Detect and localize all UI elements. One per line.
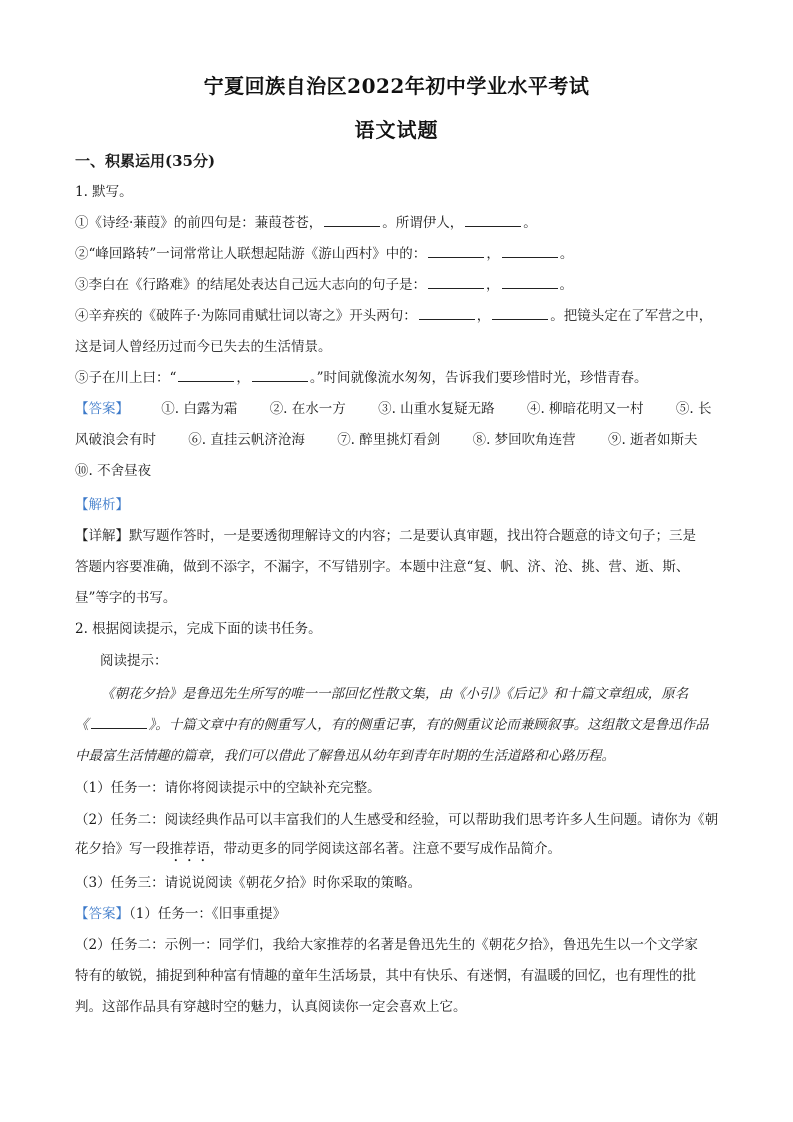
- q1-item-3-mid: ，: [486, 277, 500, 293]
- answer-item: ③. 山重水复疑无路: [378, 400, 495, 418]
- q1-item-5-pre: ⑤子在川上曰：“: [75, 370, 176, 386]
- q1-answers-line-3: ⑩. 不舍昼夜: [75, 462, 725, 480]
- q2-answer-2-line-2: 特有的敏锐，捕捉到种种富有情趣的童年生活场景，其中有快乐、有迷惘，有温暖的回忆，…: [75, 967, 725, 985]
- answer-item: ⑩. 不舍昼夜: [75, 463, 151, 479]
- answer-item: ①. 白露为霜: [161, 400, 237, 418]
- task-2-emphasis: 推荐语: [170, 841, 211, 857]
- q2-answer-2-line-3: 判。这部作品具有穿越时空的魅力，认真阅读你一定会喜欢上它。: [75, 998, 725, 1016]
- q1-item-1: ①《诗经·蒹葭》的前四句是：蒹葭苍苍，。所谓伊人，。: [75, 214, 725, 232]
- q1-item-2-mid: ，: [486, 246, 500, 262]
- reading-hint-label: 阅读提示：: [100, 652, 750, 670]
- answer-1-text: （1）任务一：《旧事重提》: [129, 906, 286, 922]
- detail-line-1: 【详解】默写题作答时，一是要透彻理解诗文的内容；二是要认真审题，找出符合题意的诗…: [75, 527, 725, 545]
- answer-blank: [502, 245, 558, 258]
- q1-item-2: ②“峰回路转”一词常常让人联想起陆游《游山西村》中的：，。: [75, 245, 725, 263]
- hint-line-2-post: 》。十篇文章中有的侧重写人，有的侧重记事，有的侧重议论而兼顾叙事。这组散文是鲁迅…: [149, 717, 709, 733]
- q1-item-1-post: 。: [523, 215, 537, 231]
- exam-title: 宁夏回族自治区2022年初中学业水平考试: [0, 70, 793, 99]
- answer-item: ⑨. 逝者如斯夫: [608, 432, 698, 448]
- q1-item-2-pre: ②“峰回路转”一词常常让人联想起陆游《游山西村》中的：: [75, 246, 426, 262]
- q1-item-5: ⑤子在川上曰：“，。”时间就像流水匆匆，告诉我们要珍惜时光，珍惜青春。: [75, 369, 725, 387]
- task-2-post: ，带动更多的同学阅读这部名著。注意不要写成作品简介。: [210, 841, 561, 857]
- detail-line-2: 答题内容要准确，做到不添字，不漏字，不写错别字。本题中注意“复、帆、济、沧、挑、…: [75, 558, 725, 576]
- answer-blank: [324, 214, 380, 227]
- detail-line-3: 昼”等字的书写。: [75, 589, 725, 607]
- q1-answers-line-2: 风破浪会有时 ⑥. 直挂云帆济沧海 ⑦. 醉里挑灯看剑 ⑧. 梦回吹角连营 ⑨.…: [75, 431, 725, 449]
- q1-item-4-mid: ，: [477, 308, 491, 324]
- q2-answer-2-line-1: （2）任务二：示例一：同学们，我给大家推荐的名著是鲁迅先生的《朝花夕拾》，鲁迅先…: [75, 936, 725, 954]
- analysis-label: 【解析】: [75, 496, 725, 514]
- q1-item-3-pre: ③李白在《行路难》的结尾处表达自己远大志向的句子是：: [75, 277, 426, 293]
- answer-blank: [428, 276, 484, 289]
- answer-blank: [492, 307, 548, 320]
- section-heading: 一、积累运用(35分): [75, 152, 725, 170]
- answer-blank: [419, 307, 475, 320]
- answer-item: ⑦. 醉里挑灯看剑: [337, 431, 440, 449]
- answer-blank: [178, 369, 234, 382]
- task-2-line-1: （2）任务二：阅读经典作品可以丰富我们的人生感受和经验，可以帮助我们思考许多人生…: [75, 811, 725, 829]
- answer-blank: [252, 369, 308, 382]
- q2-answer-1: 【答案】（1）任务一：《旧事重提》: [75, 905, 725, 923]
- q1-item-1-mid: 。所谓伊人，: [382, 215, 463, 231]
- hint-line-2-pre: 《: [75, 717, 89, 733]
- q1-item-5-mid: ，: [236, 370, 250, 386]
- answer-blank: [502, 276, 558, 289]
- answer-label: 【答案】: [75, 906, 129, 922]
- q1-answers-line-1: 【答案】 ①. 白露为霜 ②. 在水一方 ③. 山重水复疑无路 ④. 柳暗花明又…: [75, 400, 725, 418]
- q1-item-1-pre: ①《诗经·蒹葭》的前四句是：蒹葭苍苍，: [75, 215, 322, 231]
- answer-item: ⑧. 梦回吹角连营: [473, 431, 576, 449]
- q1-item-4-pre: ④辛弃疾的《破阵子·为陈同甫赋壮词以寄之》开头两句：: [75, 308, 417, 324]
- q1-item-4: ④辛弃疾的《破阵子·为陈同甫赋壮词以寄之》开头两句：，。把镜头定在了军营之中，: [75, 307, 725, 325]
- reading-hint-line-1: 《朝花夕拾》是鲁迅先生所写的唯一一部回忆性散文集，由《小引》《后记》和十篇文章组…: [101, 685, 751, 703]
- task-2-pre: 花夕拾》写一段: [75, 841, 170, 857]
- q1-item-4-cont: 这是词人曾经历过而今已失去的生活情景。: [75, 338, 725, 356]
- document-page: 宁夏回族自治区2022年初中学业水平考试 语文试题 一、积累运用(35分) 1.…: [0, 0, 793, 1122]
- task-3: （3）任务三：请说说阅读《朝花夕拾》时你采取的策略。: [75, 874, 725, 892]
- question-1-stem: 1. 默写。: [75, 183, 725, 201]
- q1-item-3: ③李白在《行路难》的结尾处表达自己远大志向的句子是：，。: [75, 276, 725, 294]
- question-2-stem: 2. 根据阅读提示，完成下面的读书任务。: [75, 620, 725, 638]
- answer-blank: [428, 245, 484, 258]
- answer-label: 【答案】: [75, 400, 129, 418]
- answer-blank: [91, 716, 147, 729]
- answer-item: 风破浪会有时: [75, 431, 156, 449]
- task-2-line-2: 花夕拾》写一段推荐语，带动更多的同学阅读这部名著。注意不要写成作品简介。: [75, 840, 725, 865]
- task-1: （1）任务一：请你将阅读提示中的空缺补充完整。: [75, 779, 725, 797]
- answer-item: ②. 在水一方: [270, 400, 346, 418]
- exam-subtitle: 语文试题: [0, 114, 793, 143]
- answer-item: ⑤. 长: [676, 401, 712, 417]
- q1-item-2-post: 。: [560, 246, 574, 262]
- q1-item-4-post: 。把镜头定在了军营之中，: [550, 308, 712, 324]
- reading-hint-line-3: 中最富生活情趣的篇章，我们可以借此了解鲁迅从幼年到青年时期的生活道路和心路历程。: [75, 747, 725, 765]
- answer-blank: [465, 214, 521, 227]
- reading-hint-line-2: 《》。十篇文章中有的侧重写人，有的侧重记事，有的侧重议论而兼顾叙事。这组散文是鲁…: [75, 716, 725, 734]
- q1-item-3-post: 。: [560, 277, 574, 293]
- answer-item: ④. 柳暗花明又一村: [527, 400, 644, 418]
- answer-item: ⑥. 直挂云帆济沧海: [188, 431, 305, 449]
- q1-item-5-post: 。”时间就像流水匆匆，告诉我们要珍惜时光，珍惜青春。: [310, 370, 648, 386]
